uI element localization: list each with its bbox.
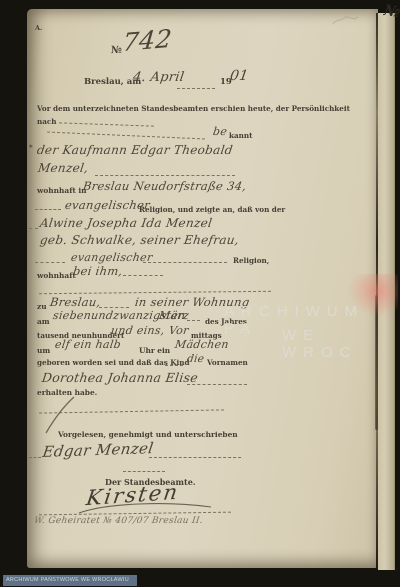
declarant-line-1: der Kaufmann Edgar Theobald — [36, 143, 234, 157]
religion1-handwritten: evangelischer — [64, 198, 151, 212]
mother-name-line-2: geb. Schwalke, seiner Ehefrau, — [39, 233, 240, 247]
fill-dashes — [123, 471, 165, 472]
vorgelesen-printed: Vorgelesen, genehmigt und unterschrieben — [58, 430, 238, 439]
document-page: A. № 742 Breslau, am 4. April 19 01 Vor … — [27, 9, 378, 568]
intro-line-2: nach — [37, 117, 57, 126]
residence-handwritten: Breslau Neudorfstraße 34, — [82, 179, 247, 193]
fill-dashes — [59, 122, 154, 126]
vormittags-handwritten: Vor — [168, 324, 190, 337]
form-corner-mark: A. — [35, 24, 42, 32]
religion2-printed: Religion, — [233, 256, 269, 265]
marriage-margin-note: W. Geheiratet № 407/07 Breslau II. — [33, 516, 203, 526]
next-page-number-fragment: № — [383, 1, 400, 21]
date-fill-dashes — [177, 88, 215, 89]
fill-dashes — [187, 384, 247, 385]
section-separator-dashes — [39, 291, 271, 294]
birth-year-handwritten: und eins, — [110, 324, 165, 337]
declarant-line-2: Menzel, — [37, 161, 89, 175]
um-printed: um — [37, 346, 50, 355]
year-handwritten: 01 — [229, 68, 250, 84]
red-stamp-smudge — [348, 274, 398, 316]
birth-month-handwritten: März — [158, 309, 190, 322]
fill-dashes — [149, 457, 241, 458]
mother-name-line-1: Alwine Josepha Ida Menzel — [39, 216, 213, 230]
bekannt-handwritten: be — [212, 125, 228, 138]
date-handwritten: 4. April — [132, 70, 185, 85]
residence-printed: wohnhaft in — [37, 186, 87, 195]
fill-dashes — [95, 175, 235, 176]
intro-line-1: Vor dem unterzeichneten Standesbeamten e… — [37, 104, 350, 113]
fill-dashes — [29, 228, 38, 229]
fill-dashes — [47, 132, 205, 140]
am-printed: am — [37, 317, 50, 326]
dwelling-handwritten: in seiner Wohnung — [134, 295, 251, 309]
vornamen-printed: Vornamen — [207, 358, 248, 367]
jahres-printed: des Jahres — [205, 317, 247, 326]
pen-flourish-slash — [43, 395, 77, 435]
wohnhaft-handwritten: bei ihm, — [72, 264, 124, 278]
wohnhaft-printed: wohnhaft — [37, 271, 76, 280]
fill-dashes — [187, 320, 200, 321]
fill-dashes — [35, 262, 65, 263]
signature-flourish — [77, 501, 215, 517]
record-number-label: № — [111, 45, 122, 56]
fill-dashes — [143, 262, 227, 263]
die-handwritten: die — [186, 353, 205, 365]
margin-asterisk: * — [29, 143, 33, 152]
religion1-printed: Religion, und zeigte an, daß von der — [139, 205, 285, 214]
faint-pencil-mark — [331, 12, 361, 30]
record-number-value: 742 — [121, 24, 173, 57]
child-sex-handwritten: Mädchen — [174, 338, 230, 351]
scanned-register-page: A. № 742 Breslau, am 4. April 19 01 Vor … — [0, 0, 400, 587]
declarant-signature: Edgar Menzel — [41, 439, 154, 461]
religion2-handwritten: evangelischer — [70, 251, 153, 264]
fill-dashes — [123, 275, 163, 276]
birthplace-handwritten: Breslau, — [49, 295, 102, 309]
birth-time-handwritten: elf ein halb — [54, 338, 122, 351]
fill-dashes — [99, 307, 129, 308]
child-names-handwritten: Dorothea Johanna Elise — [41, 370, 199, 385]
uhr-printed: Uhr ein — [139, 346, 170, 355]
fill-dashes — [35, 209, 61, 210]
fill-dashes — [165, 365, 183, 366]
bekannt-printed: kannt — [229, 131, 252, 140]
archive-watermark-bar: ARCHIWUM PAŃSTWOWE WE WROCŁAWIU — [3, 575, 137, 586]
fill-dashes — [29, 457, 41, 458]
zu-printed: zu — [37, 302, 47, 311]
